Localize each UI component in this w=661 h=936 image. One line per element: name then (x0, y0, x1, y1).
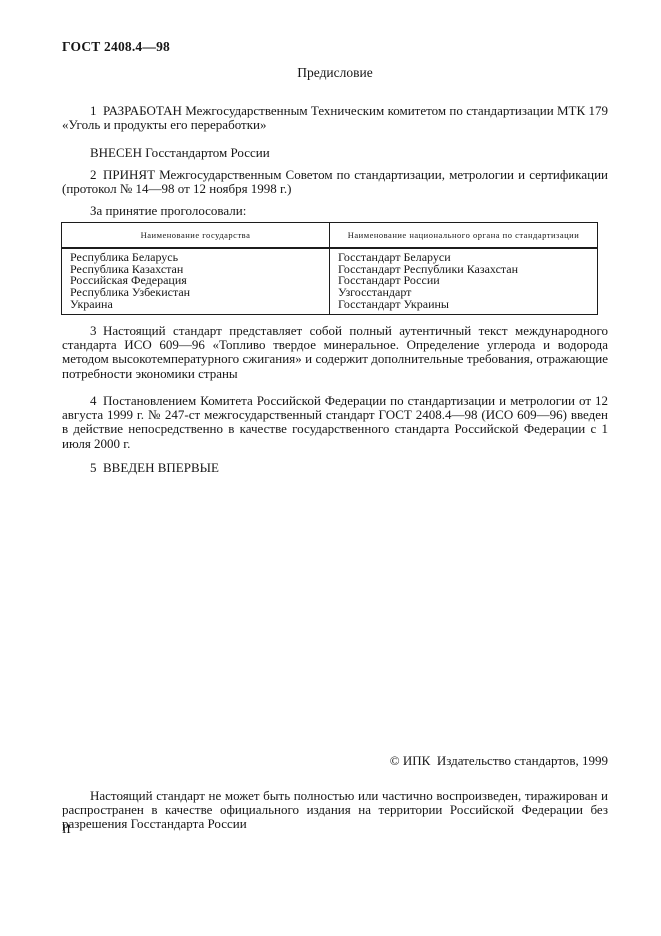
page-number: II (62, 821, 122, 837)
preface-item-3: 3 Настоящий стандарт представляет собой … (62, 324, 608, 381)
preface-item-2: 2 ПРИНЯТ Межгосударственным Советом по с… (62, 168, 608, 196)
column-header-state: Наименование государства (62, 223, 330, 249)
cell-state: Российская Федерация (62, 275, 330, 287)
document-page: ГОСТ 2408.4—98 Предисловие 1 РАЗРАБОТАН … (0, 0, 661, 936)
vote-table: Наименование государства Наименование на… (61, 222, 598, 315)
column-header-body: Наименование национального органа по ста… (330, 223, 598, 249)
table-row: Российская Федерация Госстандарт России (62, 275, 598, 287)
preface-item-1-note: ВНЕСЕН Госстандартом России (62, 146, 608, 160)
cell-body: Госстандарт Республики Казахстан (330, 264, 598, 276)
copyright-line: © ИПК Издательство стандартов, 1999 (62, 753, 608, 769)
table-row: Республика Казахстан Госстандарт Республ… (62, 264, 598, 276)
table-row: Украина Госстандарт Украины (62, 299, 598, 314)
table-row: Республика Беларусь Госстандарт Беларуси (62, 248, 598, 264)
vote-lead-text: За принятие проголосовали: (62, 204, 608, 218)
vote-table-head: Наименование государства Наименование на… (62, 223, 598, 249)
preface-item-1: 1 РАЗРАБОТАН Межгосударственным Техничес… (62, 104, 608, 132)
reproduction-notice: Настоящий стандарт не может быть полност… (62, 789, 608, 832)
preface-item-4: 4 Постановлением Комитета Российской Фед… (62, 394, 608, 451)
preface-item-5: 5 ВВЕДЕН ВПЕРВЫЕ (62, 461, 608, 475)
cell-body: Госстандарт Украины (330, 299, 598, 314)
cell-state: Республика Беларусь (62, 248, 330, 264)
cell-body: Госстандарт России (330, 275, 598, 287)
page-title: Предисловие (62, 65, 608, 81)
table-row: Республика Узбекистан Узгосстандарт (62, 287, 598, 299)
cell-body: Госстандарт Беларуси (330, 248, 598, 264)
cell-state: Республика Казахстан (62, 264, 330, 276)
cell-state: Украина (62, 299, 330, 314)
doc-code: ГОСТ 2408.4—98 (62, 39, 608, 55)
cell-body: Узгосстандарт (330, 287, 598, 299)
vote-table-body: Республика Беларусь Госстандарт Беларуси… (62, 248, 598, 314)
table-header-row: Наименование государства Наименование на… (62, 223, 598, 249)
cell-state: Республика Узбекистан (62, 287, 330, 299)
